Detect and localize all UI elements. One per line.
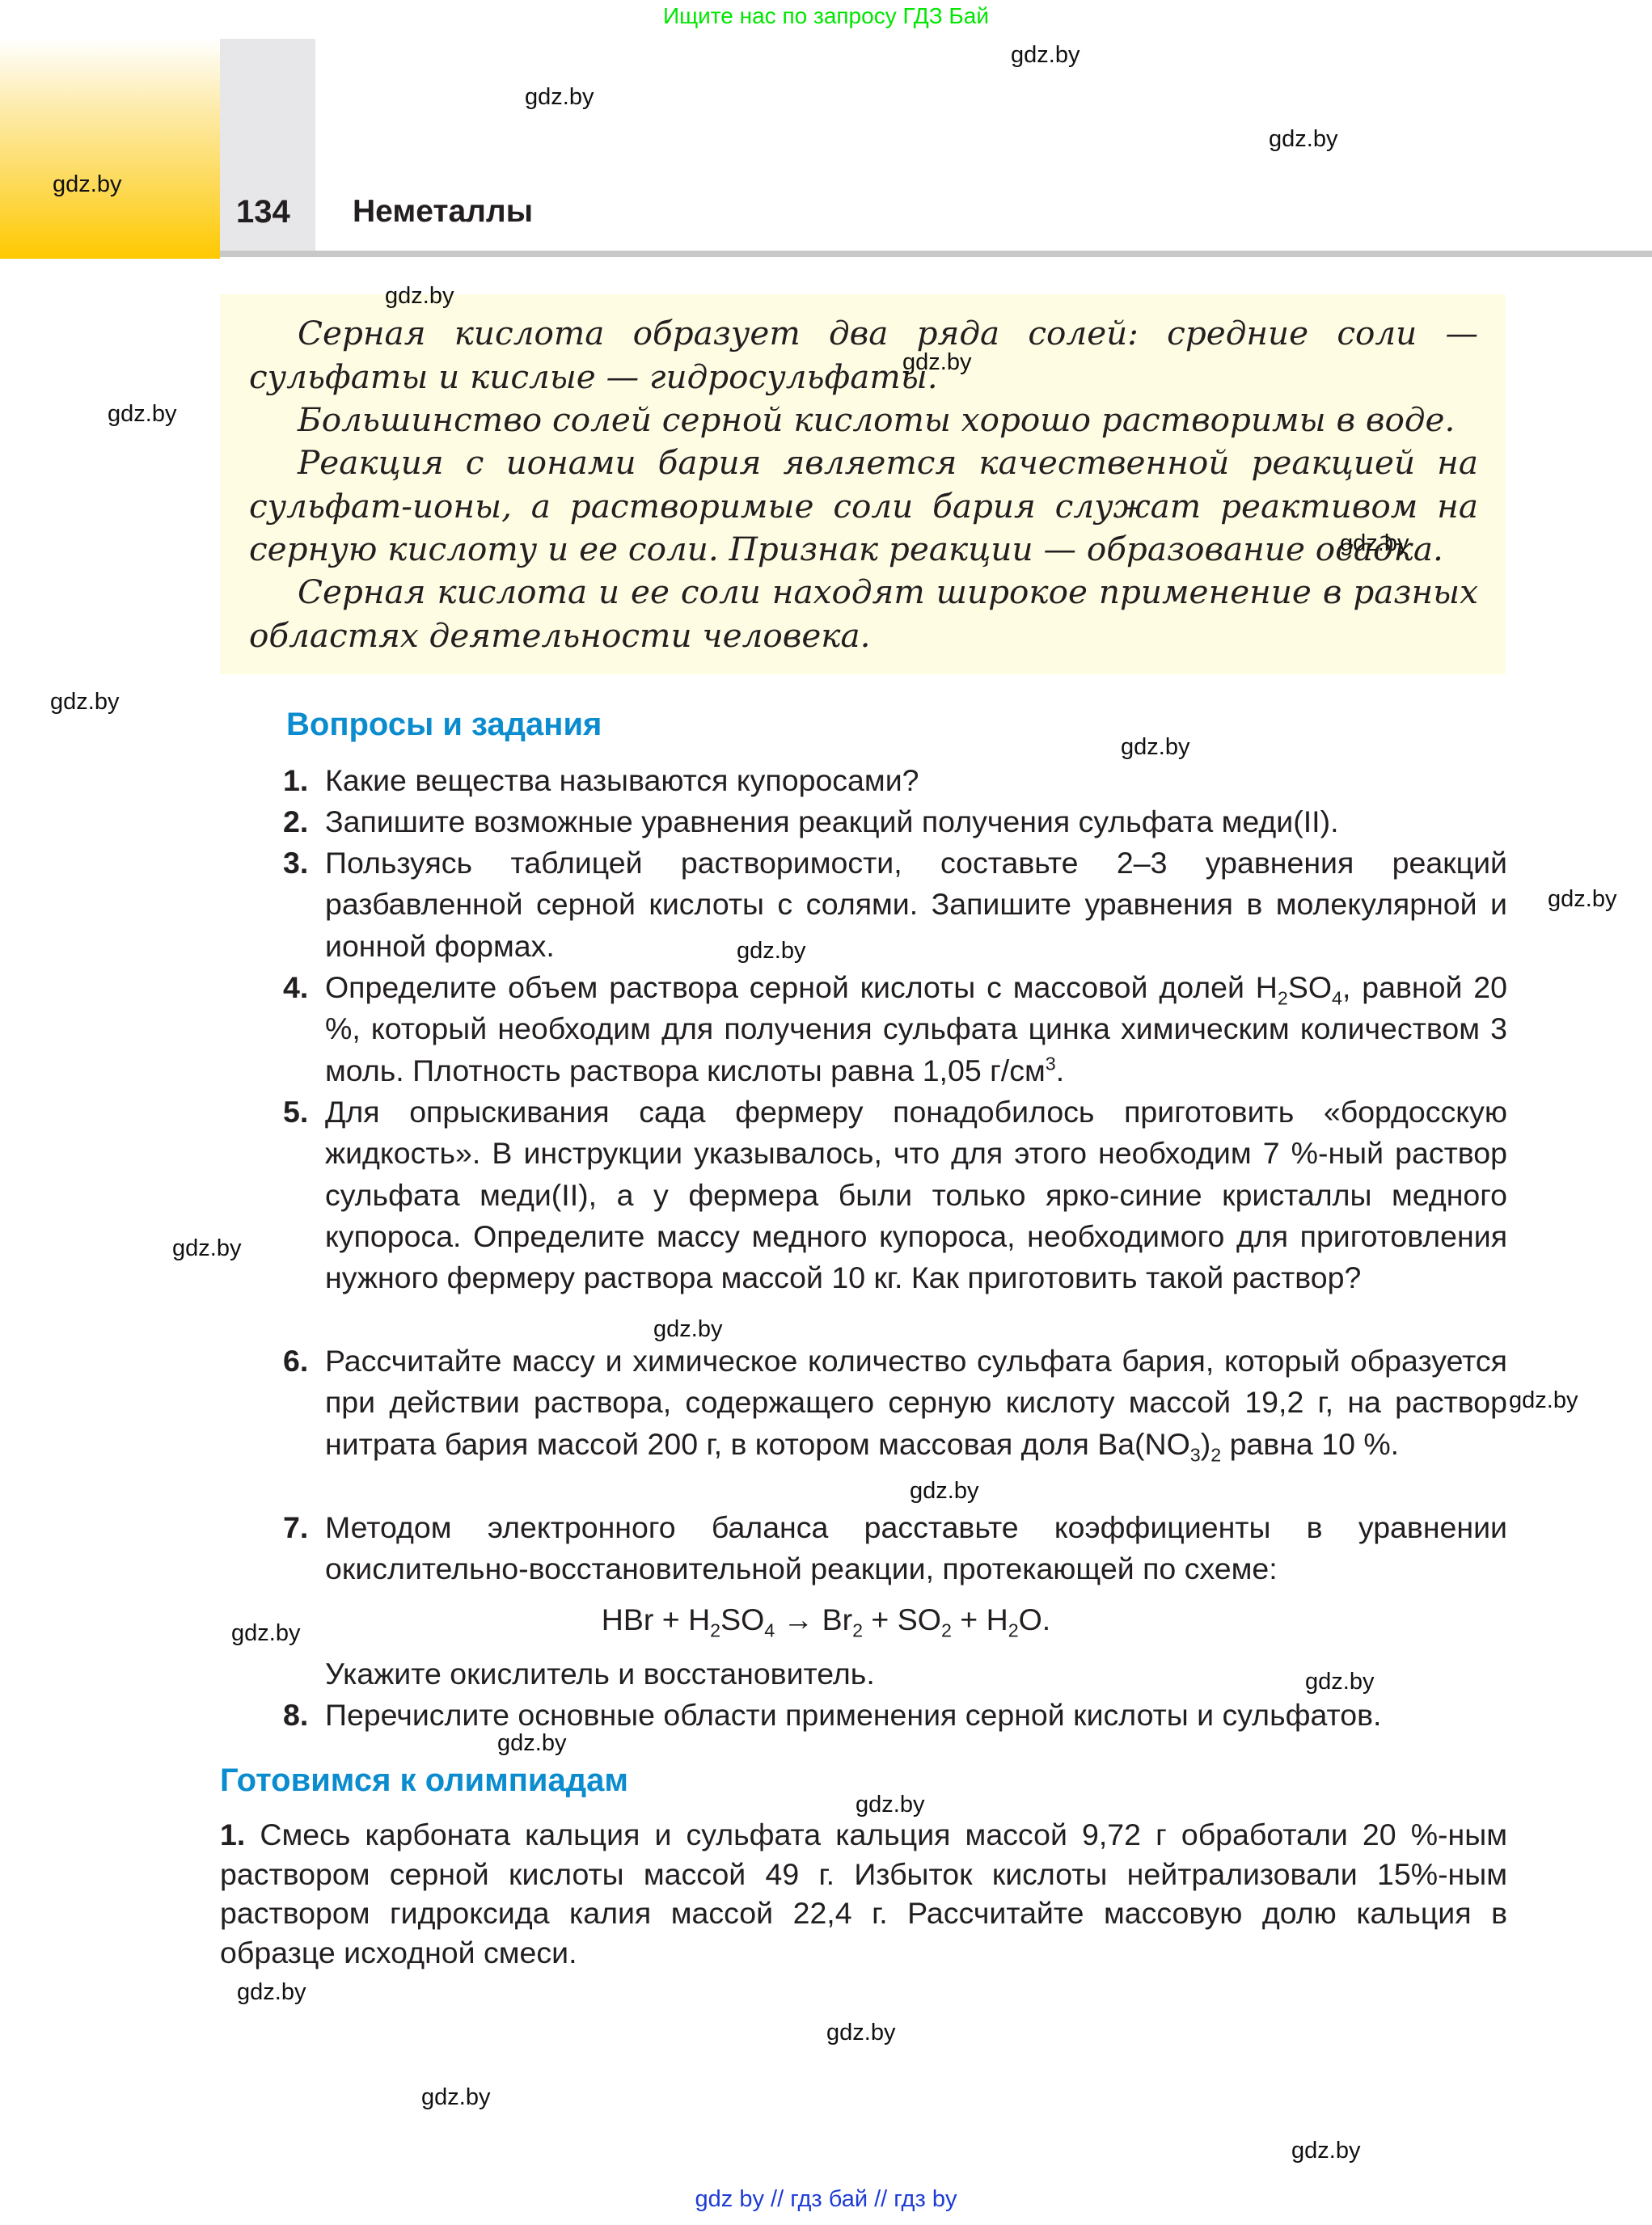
task-item: 5. Для опрыскивания сада фермеру понадоб…: [285, 1091, 1507, 1298]
page-number: 134: [236, 194, 290, 230]
watermark: gdz.by: [1305, 1669, 1374, 1695]
watermark: gdz.by: [1269, 126, 1337, 153]
task-item: 7. Методом электронного баланса расставь…: [285, 1507, 1507, 1590]
task-item: 4. Определите объем раствора серной кисл…: [285, 967, 1507, 1091]
summary-paragraph: Реакция с ионами бария является качестве…: [249, 441, 1478, 572]
questions-heading: Вопросы и задания: [286, 707, 602, 743]
page-corner-decoration: [0, 39, 220, 259]
summary-paragraph: Серная кислота и ее соли находят широкое…: [249, 571, 1478, 657]
watermark: gdz.by: [1340, 530, 1409, 557]
task-item: 6. Рассчитайте массу и химическое количе…: [285, 1340, 1507, 1465]
summary-paragraph: Большинство солей серной кислоты хорошо …: [249, 399, 1478, 442]
watermark: gdz.by: [1548, 886, 1616, 913]
olympiad-heading: Готовимся к олимпиадам: [220, 1763, 628, 1799]
watermark: gdz.by: [1509, 1387, 1578, 1414]
task-number: 1.: [283, 760, 308, 801]
task-text: Рассчитайте массу и химическое количеств…: [285, 1340, 1507, 1465]
task-text: Пользуясь таблицей растворимости, состав…: [285, 842, 1507, 967]
task-item: 2. Запишите возможные уравнения реакций …: [285, 801, 1507, 842]
search-banner: Ищите нас по запросу ГДЗ Бай: [0, 3, 1652, 29]
watermark: gdz.by: [826, 2020, 895, 2046]
watermark: gdz.by: [421, 2084, 490, 2111]
task-text: Какие вещества называются купоросами?: [285, 760, 1507, 801]
task-item: 1. Какие вещества называются купоросами?: [285, 760, 1507, 801]
watermark: gdz.by: [1011, 42, 1080, 69]
olympiad-task: 1. Смесь карбоната кальция и сульфата ка…: [220, 1815, 1507, 1972]
watermark: gdz.by: [902, 349, 971, 376]
watermark: gdz.by: [856, 1792, 924, 1818]
watermark: gdz.by: [653, 1316, 722, 1343]
watermark: gdz.by: [1291, 2138, 1360, 2164]
watermark: gdz.by: [737, 938, 805, 965]
task-text: Определите объем раствора серной кислоты…: [285, 967, 1507, 1091]
summary-box: Серная кислота образует два ряда солей: …: [220, 294, 1506, 674]
watermark: gdz.by: [108, 401, 176, 428]
task-number: 5.: [283, 1091, 308, 1133]
watermark: gdz.by: [237, 1979, 306, 2006]
task-number: 2.: [283, 801, 308, 842]
task-text: Запишите возможные уравнения реакций пол…: [285, 801, 1507, 842]
watermark: gdz.by: [497, 1730, 566, 1757]
task-number: 3.: [283, 842, 308, 884]
task-number: 6.: [283, 1340, 308, 1382]
watermark: gdz.by: [1121, 734, 1189, 761]
task-item: 3. Пользуясь таблицей растворимости, сос…: [285, 842, 1507, 967]
summary-paragraph: Серная кислота образует два ряда солей: …: [249, 312, 1478, 399]
task-text: Перечислите основные области применения …: [285, 1695, 1507, 1736]
watermark: gdz.by: [525, 84, 594, 111]
task-text: Смесь карбоната кальция и сульфата кальц…: [220, 1818, 1507, 1970]
task-text: Для опрыскивания сада фермеру понадобило…: [285, 1091, 1507, 1298]
task-number: 4.: [283, 967, 308, 1008]
chapter-title: Неметаллы: [353, 194, 533, 230]
header-divider: [220, 251, 1652, 257]
task-number: 8.: [283, 1695, 308, 1736]
task-number: 7.: [283, 1507, 308, 1548]
footer-links[interactable]: gdz by // гдз бай // гдз by: [0, 2186, 1652, 2213]
task-text: Методом электронного баланса расставьте …: [285, 1507, 1507, 1590]
watermark: gdz.by: [172, 1235, 241, 1262]
task-number: 1.: [220, 1818, 245, 1851]
watermark: gdz.by: [385, 283, 454, 310]
watermark: gdz.by: [53, 171, 121, 198]
watermark: gdz.by: [231, 1620, 300, 1647]
watermark: gdz.by: [910, 1478, 978, 1505]
watermark: gdz.by: [50, 689, 119, 716]
task-item: 8. Перечислите основные области применен…: [285, 1695, 1507, 1736]
